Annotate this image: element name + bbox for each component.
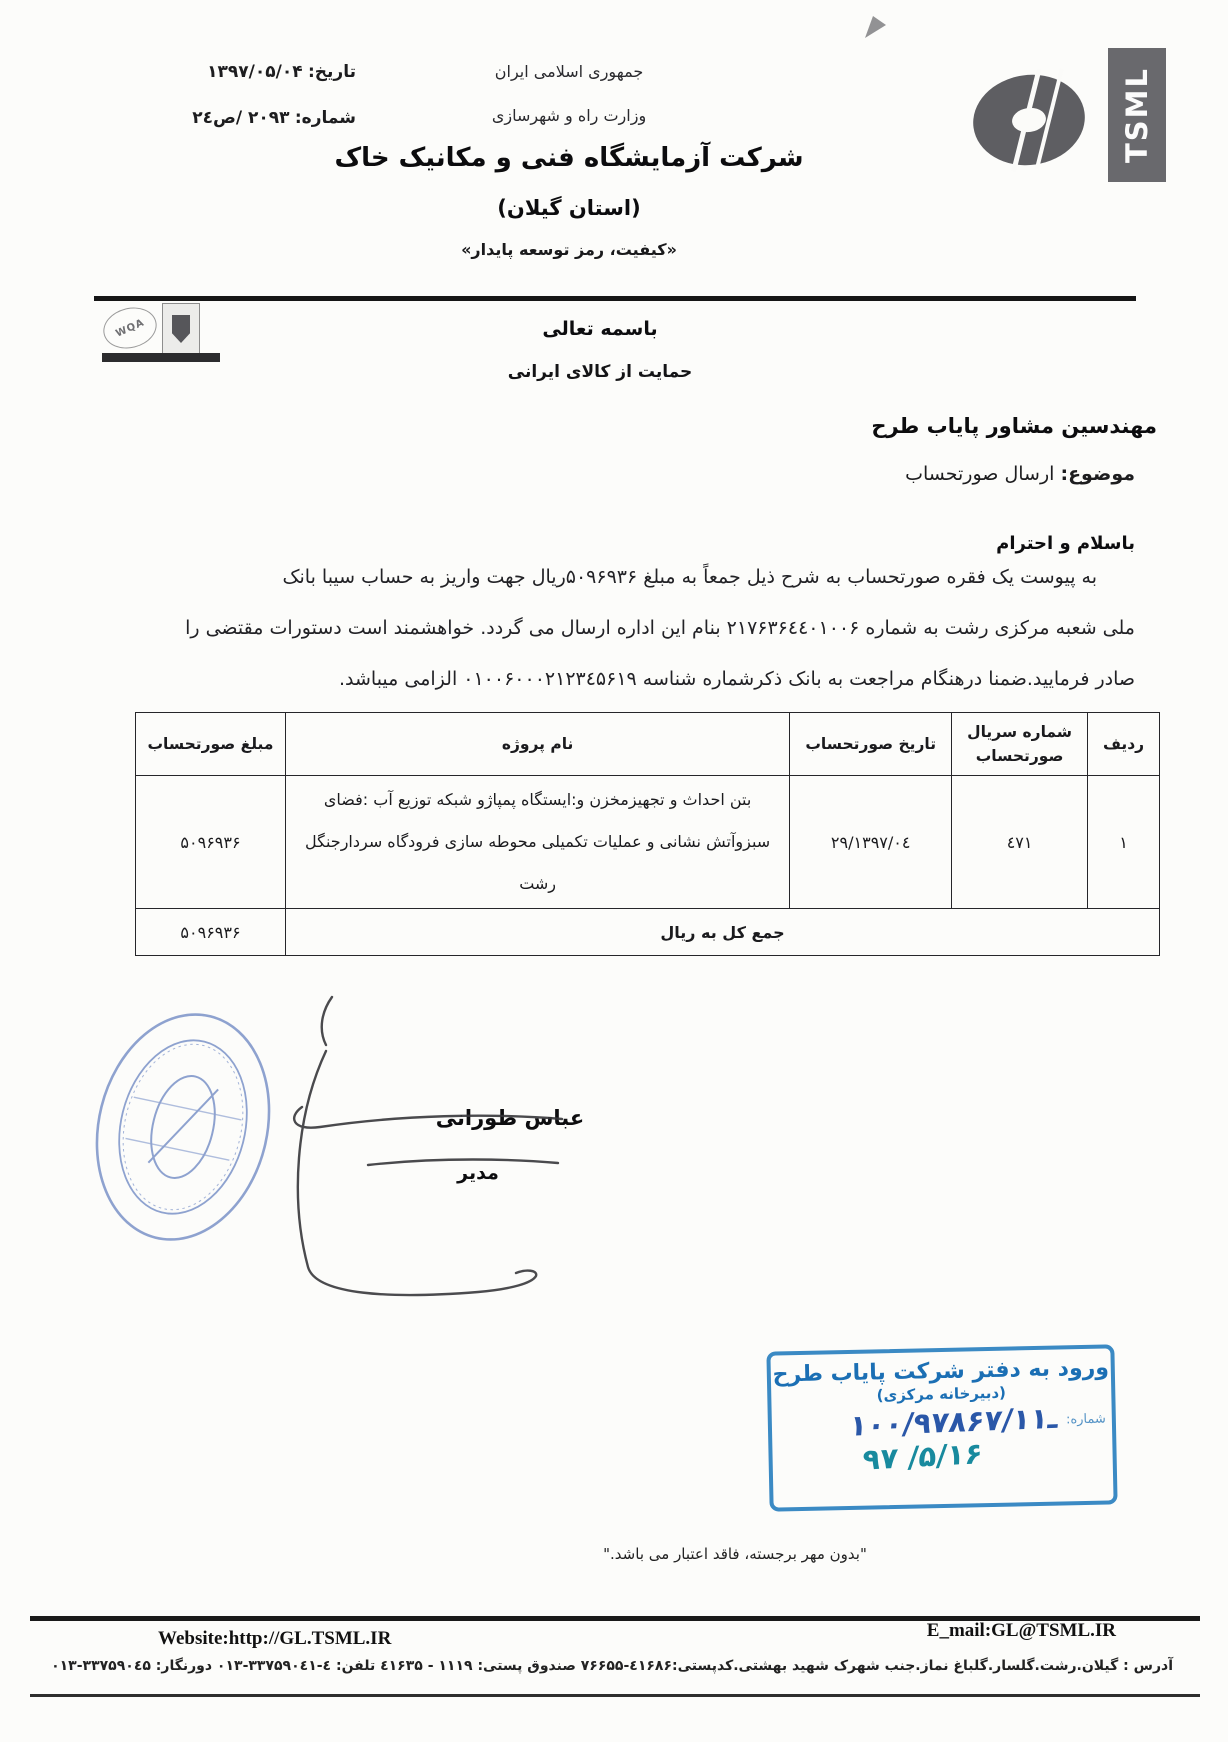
entry-stamp: ورود به دفتر شرکت پایاب طرح (دبیرخانه مر… <box>766 1344 1117 1511</box>
header-invoice-date: تاریخ صورتحساب <box>790 713 952 776</box>
footer-divider-bottom <box>30 1694 1200 1697</box>
table-total-row: جمع کل به ریال ۵۰۹۶۹۳۶ <box>136 909 1160 956</box>
handwritten-signature-icon <box>240 985 570 1315</box>
entry-stamp-number-value: ۱۰۰/۹۷ـ۸۶۷/۱۱ <box>848 1401 1060 1443</box>
tsml-logo: TSML <box>954 40 1166 190</box>
wqa-caption-bar <box>102 353 220 362</box>
body-line-1: به پیوست یک فقره صورتحساب به شرح ذیل جمع… <box>55 566 1135 588</box>
invoice-table: ردیف شماره سریال صورتحساب تاریخ صورتحساب… <box>135 712 1160 956</box>
subject-label: موضوع: <box>1060 463 1135 485</box>
cell-serial: ٤۷۱ <box>952 776 1088 909</box>
tsml-wordmark: TSML <box>1120 67 1154 163</box>
entry-stamp-date-value: ۹۷ /۵/۱۶ <box>862 1436 984 1477</box>
company-round-stamp-icon <box>86 1002 281 1252</box>
entry-stamp-number-label: شماره: <box>1066 1411 1106 1427</box>
province-name: (استان گیلان) <box>0 196 1138 220</box>
total-label: جمع کل به ریال <box>285 909 1159 956</box>
footer-address: آدرس : گیلان.رشت.گلسار.گلباغ نماز.جنب شه… <box>80 1658 1173 1674</box>
cell-row-number: ۱ <box>1088 776 1160 909</box>
entry-stamp-number-row: شماره: ۱۰۰/۹۷ـ۸۶۷/۱۱ <box>772 1399 1113 1442</box>
recipient: مهندسین مشاور پایاب طرح <box>871 414 1157 438</box>
cell-project: بتن احداث و تجهیزمخزن و:ایستگاه پمپاژو ش… <box>285 776 789 909</box>
subject-value: ارسال صورتحساب <box>905 463 1054 485</box>
support-slogan: حمایت از کالای ایرانی <box>0 362 1200 382</box>
subject-line: موضوع: ارسال صورتحساب <box>905 463 1135 485</box>
table-row: ۱ ٤۷۱ ۱۳۹۷/۰٤/۲۹ بتن احداث و تجهیزمخزن و… <box>136 776 1160 909</box>
total-amount: ۵۰۹۶۹۳۶ <box>136 909 286 956</box>
table-header-row: ردیف شماره سریال صورتحساب تاریخ صورتحساب… <box>136 713 1160 776</box>
tsml-wordmark-box: TSML <box>1108 48 1166 182</box>
salutation: باسلام و احترام <box>996 533 1135 554</box>
body-line-2: ملی شعبه مرکزی رشت به شماره ۲۱۷۶۳۶٤٤۰۱۰۰… <box>55 617 1135 639</box>
cell-amount: ۵۰۹۶۹۳۶ <box>136 776 286 909</box>
scanned-letter-page: تاریخ: ۱۳۹۷/۰۵/۰۴ شماره: ۲۰۹۳ /ص۲٤ جمهور… <box>0 0 1228 1742</box>
body-line-3: صادر فرمایید.ضمنا درهنگام مراجعت به بانک… <box>55 668 1135 690</box>
header-amount: مبلغ صورتحساب <box>136 713 286 776</box>
header-serial: شماره سریال صورتحساب <box>952 713 1088 776</box>
footer-email: E_mail:GL@TSML.IR <box>927 1620 1116 1642</box>
company-slogan: «کیفیت، رمز توسعه پایدار» <box>0 240 1138 259</box>
cell-invoice-date: ۱۳۹۷/۰٤/۲۹ <box>790 776 952 909</box>
scan-artifact <box>862 12 888 42</box>
entry-stamp-title: ورود به دفتر شرکت پایاب طرح <box>772 1355 1109 1387</box>
footer-website: Website:http://GL.TSML.IR <box>158 1628 391 1650</box>
tsml-emblem-icon <box>954 40 1104 190</box>
header-project: نام پروژه <box>285 713 789 776</box>
basmala: باسمه تعالی <box>0 318 1200 340</box>
embossed-seal-note: "بدون مهر برجسته، فاقد اعتبار می باشد." <box>580 1545 890 1563</box>
header-row-number: ردیف <box>1088 713 1160 776</box>
header-divider-line <box>94 296 1136 301</box>
